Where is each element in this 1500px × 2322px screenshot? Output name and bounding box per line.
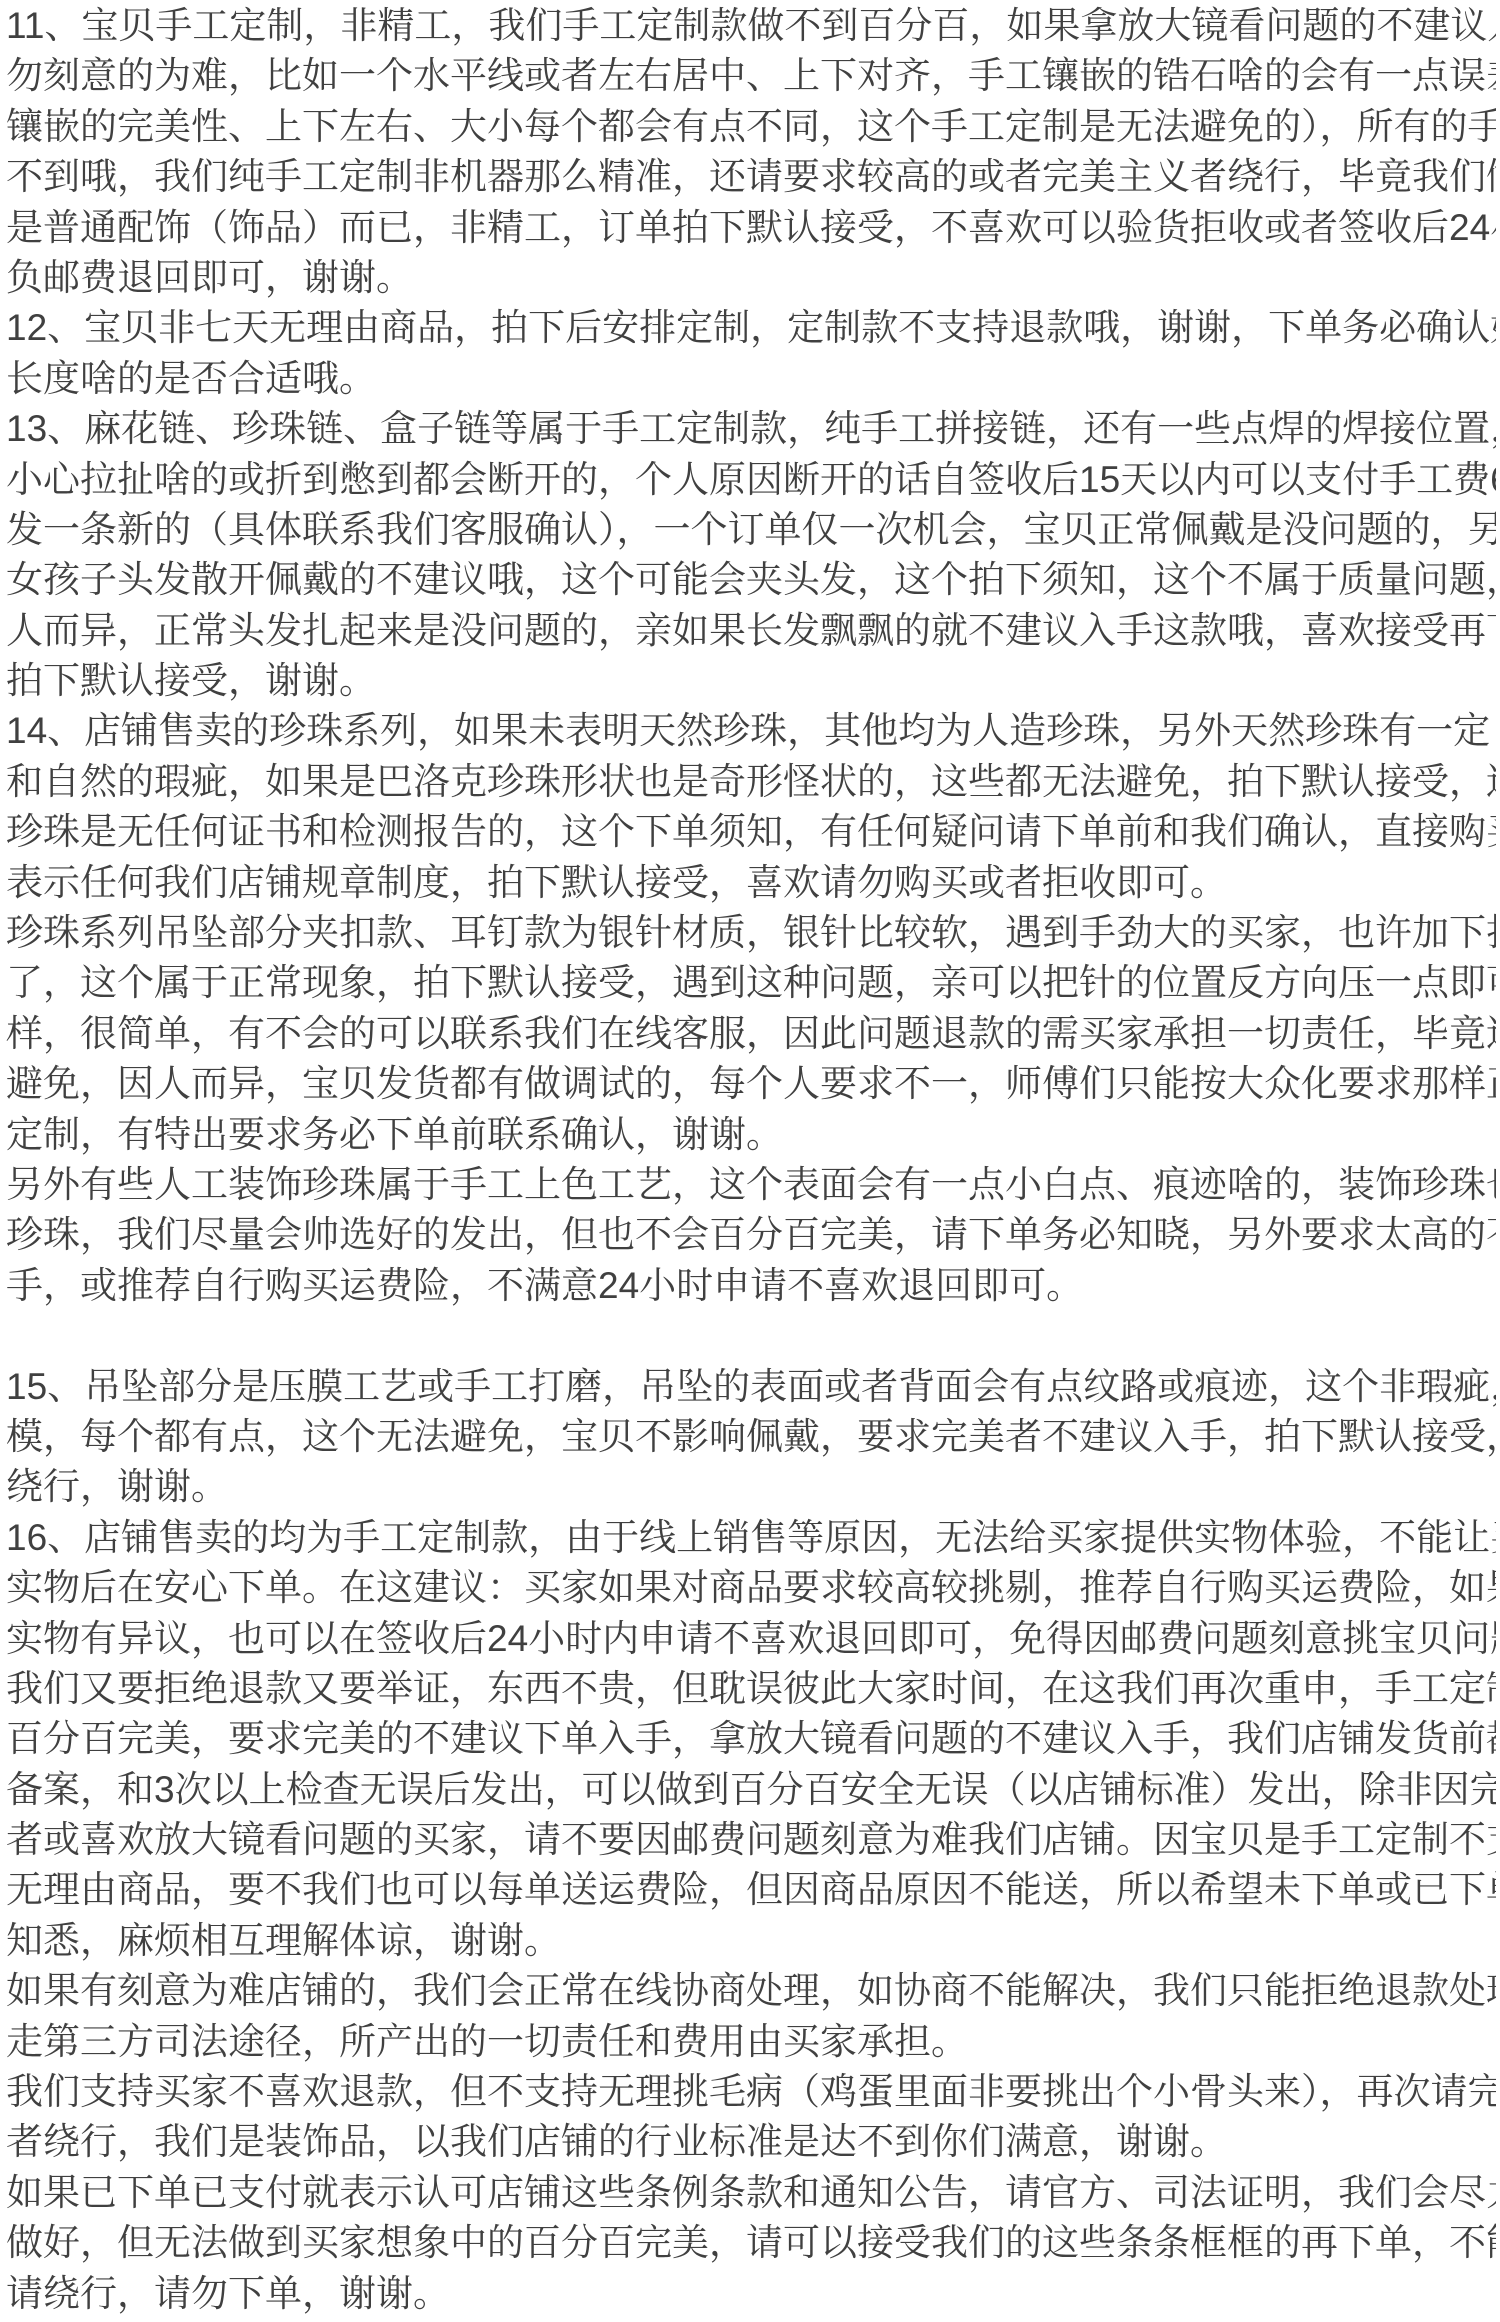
text-line: 定制，有特出要求务必下单前联系确认，谢谢。 [6, 1110, 1496, 1160]
text-line: 做好，但无法做到买家想象中的百分百完美，请可以接受我们的这些条条框框的再下单，不… [6, 2218, 1496, 2268]
text-line: 样，很简单，有不会的可以联系我们在线客服，因此问题退款的需买家承担一切责任，毕竟… [6, 1009, 1496, 1059]
text-line: 无理由商品，要不我们也可以每单送运费险，但因商品原因不能送，所以希望未下单或已下… [6, 1865, 1496, 1915]
text-line: 请绕行，请勿下单，谢谢。 [6, 2269, 1496, 2319]
text-line: 如果有刻意为难店铺的，我们会正常在线协商处理，如协商不能解决，我们只能拒绝退款处… [6, 1966, 1496, 2016]
text-line: 不到哦，我们纯手工定制非机器那么精准，还请要求较高的或者完美主义者绕行，毕竟我们… [6, 152, 1496, 202]
text-line: 和自然的瑕疵，如果是巴洛克珍珠形状也是奇形怪状的，这些都无法避免，拍下默认接受，… [6, 757, 1496, 807]
text-line: 11、宝贝手工定制，非精工，我们手工定制款做不到百分百，如果拿放大镜看问题的不建… [6, 1, 1496, 51]
text-line: 女孩子头发散开佩戴的不建议哦，这个可能会夹头发，这个拍下须知，这个不属于质量问题… [6, 555, 1496, 605]
text-line: 是普通配饰（饰品）而已，非精工，订单拍下默认接受，不喜欢可以验货拒收或者签收后2… [6, 203, 1496, 253]
text-line: 百分百完美，要求完美的不建议下单入手，拿放大镜看问题的不建议入手，我们店铺发货前… [6, 1714, 1496, 1764]
text-line: 12、宝贝非七天无理由商品，拍下后安排定制，定制款不支持退款哦，谢谢，下单务必确… [6, 303, 1496, 353]
text-line: 避免，因人而异，宝贝发货都有做调试的，每个人要求不一，师傅们只能按大众化要求那样… [6, 1059, 1496, 1109]
policy-paragraph: 15、吊坠部分是压膜工艺或手工打磨，吊坠的表面或者背面会有点纹路或痕迹，这个非瑕… [6, 1362, 1496, 1513]
text-line: 13、麻花链、珍珠链、盒子链等属于手工定制款，纯手工拼接链，还有一些点焊的焊接位… [6, 404, 1496, 454]
text-line: 15、吊坠部分是压膜工艺或手工打磨，吊坠的表面或者背面会有点纹路或痕迹，这个非瑕… [6, 1362, 1496, 1412]
text-line: 我们又要拒绝退款又要举证，东西不贵，但耽误彼此大家时间，在这我们再次重申，手工定… [6, 1664, 1496, 1714]
policy-paragraph: 16、店铺售卖的均为手工定制款，由于线上销售等原因，无法给买家提供实物体验，不能… [6, 1513, 1496, 1967]
text-line: 长度啥的是否合适哦。 [6, 354, 1496, 404]
text-line: 负邮费退回即可，谢谢。 [6, 253, 1496, 303]
text-line: 实物后在安心下单。在这建议：买家如果对商品要求较高较挑剔，推荐自行购买运费险，如… [6, 1563, 1496, 1613]
text-line: 者或喜欢放大镜看问题的买家，请不要因邮费问题刻意为难我们店铺。因宝贝是手工定制不… [6, 1815, 1496, 1865]
text-line: 知悉，麻烦相互理解体谅，谢谢。 [6, 1916, 1496, 1966]
policy-paragraph: 如果有刻意为难店铺的，我们会正常在线协商处理，如协商不能解决，我们只能拒绝退款处… [6, 1966, 1496, 2067]
text-line: 手，或推荐自行购买运费险，不满意24小时申请不喜欢退回即可。 [6, 1261, 1496, 1311]
text-line: 珍珠是无任何证书和检测报告的，这个下单须知，有任何疑问请下单前和我们确认，直接购… [6, 807, 1496, 857]
policy-paragraph: 如果已下单已支付就表示认可店铺这些条例条款和通知公告，请官方、司法证明，我们会尽… [6, 2168, 1496, 2319]
text-line: 者绕行，我们是装饰品，以我们店铺的行业标准是达不到你们满意，谢谢。 [6, 2117, 1496, 2167]
text-line: 勿刻意的为难，比如一个水平线或者左右居中、上下对齐，手工镶嵌的锆石啥的会有一点误… [6, 51, 1496, 101]
policy-paragraph: 13、麻花链、珍珠链、盒子链等属于手工定制款，纯手工拼接链，还有一些点焊的焊接位… [6, 404, 1496, 706]
policy-paragraph: 14、店铺售卖的珍珠系列，如果未表明天然珍珠，其他均为人造珍珠，另外天然珍珠有一… [6, 706, 1496, 908]
text-line: 备案，和3次以上检查无误后发出，可以做到百分百安全无误（以店铺标准）发出，除非因… [6, 1765, 1496, 1815]
text-line: 我们支持买家不喜欢退款，但不支持无理挑毛病（鸡蛋里面非要挑出个小骨头来），再次请… [6, 2067, 1496, 2117]
text-line: 表示任何我们店铺规章制度，拍下默认接受，喜欢请勿购买或者拒收即可。 [6, 858, 1496, 908]
text-line: 珍珠系列吊坠部分夹扣款、耳钉款为银针材质，银针比较软，遇到手劲大的买家，也许加下… [6, 908, 1496, 958]
text-line: 绕行，谢谢。 [6, 1462, 1496, 1512]
text-line: 模，每个都有点，这个无法避免，宝贝不影响佩戴，要求完美者不建议入手，拍下默认接受… [6, 1412, 1496, 1462]
text-line: 拍下默认接受，谢谢。 [6, 656, 1496, 706]
text-line: 人而异，正常头发扎起来是没问题的，亲如果长发飘飘的就不建议入手这款哦，喜欢接受再… [6, 606, 1496, 656]
notice-document: 11、宝贝手工定制，非精工，我们手工定制款做不到百分百，如果拿放大镜看问题的不建… [0, 0, 1500, 2322]
policy-paragraph: 另外有些人工装饰珍珠属于手工上色工艺，这个表面会有一点小白点、痕迹啥的，装饰珍珠… [6, 1160, 1496, 1311]
text-line: 珍珠，我们尽量会帅选好的发出，但也不会百分百完美，请下单务必知晓，另外要求太高的… [6, 1210, 1496, 1260]
policy-paragraph: 我们支持买家不喜欢退款，但不支持无理挑毛病（鸡蛋里面非要挑出个小骨头来），再次请… [6, 2067, 1496, 2168]
policy-paragraph: 珍珠系列吊坠部分夹扣款、耳钉款为银针材质，银针比较软，遇到手劲大的买家，也许加下… [6, 908, 1496, 1160]
text-line: 了，这个属于正常现象，拍下默认接受，遇到这种问题，亲可以把针的位置反方向压一点即… [6, 958, 1496, 1008]
policy-paragraph: 11、宝贝手工定制，非精工，我们手工定制款做不到百分百，如果拿放大镜看问题的不建… [6, 1, 1496, 303]
text-line: 发一条新的（具体联系我们客服确认），一个订单仅一次机会，宝贝正常佩戴是没问题的，… [6, 505, 1496, 555]
policy-paragraph: 12、宝贝非七天无理由商品，拍下后安排定制，定制款不支持退款哦，谢谢，下单务必确… [6, 303, 1496, 404]
text-line: 实物有异议，也可以在签收后24小时内申请不喜欢退回即可，免得因邮费问题刻意挑宝贝… [6, 1614, 1496, 1664]
text-line: 16、店铺售卖的均为手工定制款，由于线上销售等原因，无法给买家提供实物体验，不能… [6, 1513, 1496, 1563]
text-line: 14、店铺售卖的珍珠系列，如果未表明天然珍珠，其他均为人造珍珠，另外天然珍珠有一… [6, 706, 1496, 756]
text-line: 另外有些人工装饰珍珠属于手工上色工艺，这个表面会有一点小白点、痕迹啥的，装饰珍珠… [6, 1160, 1496, 1210]
text-line: 如果已下单已支付就表示认可店铺这些条例条款和通知公告，请官方、司法证明，我们会尽… [6, 2168, 1496, 2218]
text-line: 走第三方司法途径，所产出的一切责任和费用由买家承担。 [6, 2017, 1496, 2067]
text-line: 镶嵌的完美性、上下左右、大小每个都会有点不同，这个手工定制是无法避免的），所有的… [6, 102, 1496, 152]
text-line: 小心拉扯啥的或折到憋到都会断开的，个人原因断开的话自签收后15天以内可以支付手工… [6, 455, 1496, 505]
